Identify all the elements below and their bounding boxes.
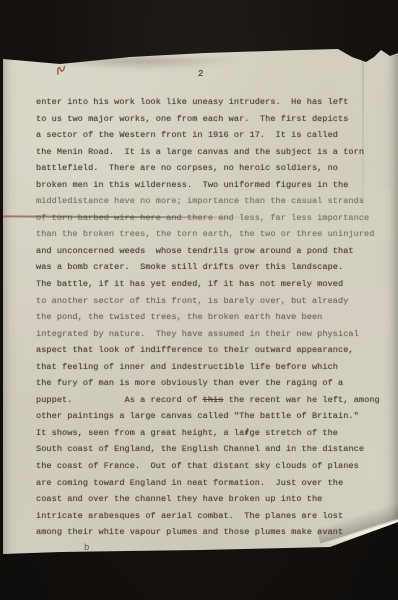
typed-line: the Menin Road. It is a large canvas and… xyxy=(36,144,380,161)
typed-line: battlefield. There are no corpses, no he… xyxy=(36,160,380,177)
photo-backdrop: 2 enter into his work look like uneasy i… xyxy=(0,0,398,600)
typed-line: aspect that look of indifference to thei… xyxy=(36,342,380,359)
typed-line: are coming toward England in neat format… xyxy=(36,475,380,492)
typed-line: to another sector of this front, is bare… xyxy=(36,293,380,310)
typed-line: middledistance have no more; importance … xyxy=(36,193,380,210)
typed-line: that feeling of inner and indestructible… xyxy=(36,359,380,376)
typed-line: The battle, if it has yet ended, if it h… xyxy=(36,276,380,293)
red-pencil-mark-icon xyxy=(55,63,70,76)
typed-line: other paintings a large canvas called "T… xyxy=(36,408,380,425)
typed-line: It shows, seen from a great height, a la… xyxy=(36,425,380,442)
typed-line: coast and over the channel they have bro… xyxy=(36,491,380,508)
typed-line: enter into his work look like uneasy int… xyxy=(36,94,380,111)
typed-line: a sector of the Western front in 1916 or… xyxy=(36,127,380,144)
typed-line: than the broken trees, the torn earth, t… xyxy=(36,226,380,243)
vertical-crease xyxy=(362,56,364,246)
typed-line: the fury of man is more obviously than e… xyxy=(36,375,380,392)
typed-line: puppet. As a record of this the recent w… xyxy=(36,392,380,409)
typed-line: broken men in this wilderness. Two unifo… xyxy=(36,177,380,194)
typed-line: and unconcerned weeds whose tendrils gro… xyxy=(36,243,380,260)
manuscript-page: 2 enter into his work look like uneasy i… xyxy=(0,0,398,600)
typed-line: to us two major works, one from each war… xyxy=(36,111,380,128)
typed-line: the coast of France. Out of that distant… xyxy=(36,458,380,475)
typed-line: integrated by nature. They have assumed … xyxy=(36,326,380,343)
typed-line: intricate arabesques of aerial combat. T… xyxy=(36,508,380,525)
margin-note-mark: b xyxy=(84,543,89,553)
top-edge-shadow xyxy=(40,58,240,70)
typed-body: enter into his work look like uneasy int… xyxy=(36,94,380,541)
typed-line: the pond, the twisted trees, the broken … xyxy=(36,309,380,326)
typed-line: South coast of England, the English Chan… xyxy=(36,441,380,458)
typed-line: was a bomb crater. Smoke still drifts ov… xyxy=(36,259,380,276)
page-number: 2 xyxy=(198,69,203,79)
